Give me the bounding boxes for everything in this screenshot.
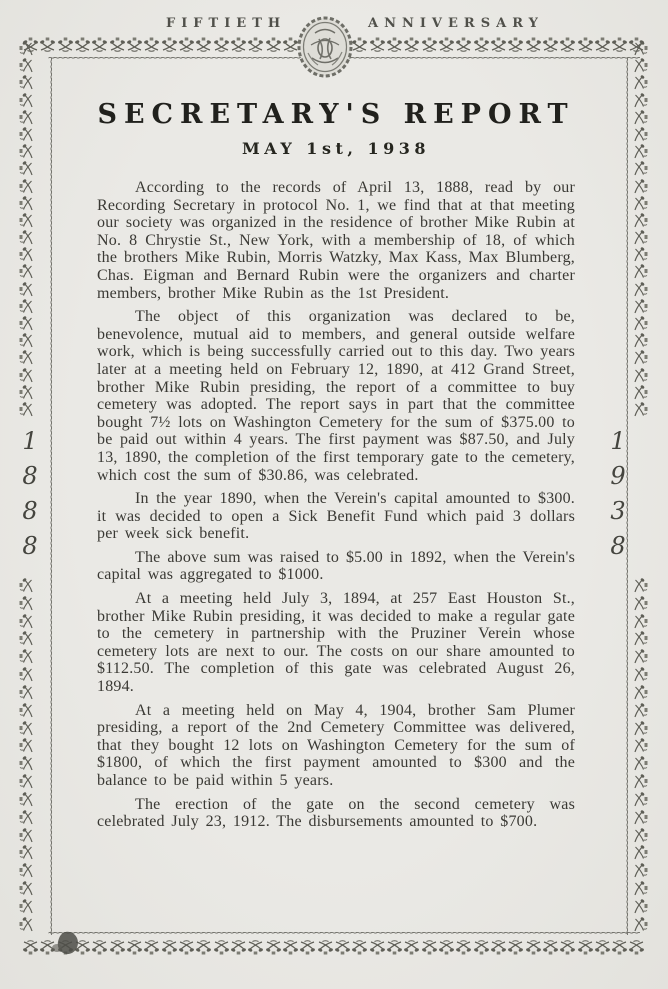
- sprig-ornament-icon: [19, 263, 35, 280]
- sprig-ornament-icon: [632, 720, 648, 737]
- floral-cross-ornament-icon: [369, 37, 386, 53]
- border-ornament: [631, 384, 648, 401]
- border-ornament: [19, 577, 36, 594]
- border-ornament: [19, 92, 36, 109]
- border-ornament: [473, 37, 490, 54]
- floral-cross-ornament-icon: [247, 37, 264, 53]
- sprig-ornament-icon: [632, 315, 648, 332]
- border-ornament: [19, 916, 36, 933]
- floral-cross-ornament-icon: [403, 939, 420, 955]
- floral-cross-ornament-icon: [369, 939, 386, 955]
- sprig-ornament-icon: [19, 332, 35, 349]
- left-margin-year-1888: 1 8 8 8: [16, 426, 44, 566]
- border-ornament: [178, 37, 195, 54]
- sprig-ornament-icon: [632, 827, 648, 844]
- border-ornament: [631, 160, 648, 177]
- floral-cross-ornament-icon: [265, 37, 282, 53]
- border-ornament: [631, 773, 648, 790]
- sprig-ornament-icon: [632, 702, 648, 719]
- border-ornament: [19, 160, 36, 177]
- border-ornament: [559, 938, 576, 955]
- border-ornament: [631, 595, 648, 612]
- border-ornament: [230, 37, 247, 54]
- border-ornament: [631, 684, 648, 701]
- border-ornament: [19, 702, 36, 719]
- floral-cross-ornament-icon: [473, 37, 490, 53]
- sprig-ornament-icon: [632, 178, 648, 195]
- floral-cross-ornament-icon: [22, 939, 39, 955]
- border-ornament: [577, 37, 594, 54]
- floral-cross-ornament-icon: [161, 939, 178, 955]
- sprig-ornament-icon: [19, 315, 35, 332]
- sprig-ornament-icon: [632, 367, 648, 384]
- border-ornament: [525, 938, 542, 955]
- sprig-ornament-icon: [632, 898, 648, 915]
- border-ornament: [19, 595, 36, 612]
- border-ornament: [369, 938, 386, 955]
- border-right-ornament-column: [631, 40, 648, 418]
- floral-cross-ornament-icon: [542, 939, 559, 955]
- sprig-ornament-icon: [19, 791, 35, 808]
- floral-cross-ornament-icon: [473, 939, 490, 955]
- paragraph-sick-benefit-fund: In the year 1890, when the Verein's capi…: [97, 490, 575, 543]
- border-ornament: [577, 938, 594, 955]
- floral-cross-ornament-icon: [542, 37, 559, 53]
- border-ornament: [161, 938, 178, 955]
- sprig-ornament-icon: [632, 212, 648, 229]
- border-ornament: [247, 938, 264, 955]
- border-ornament: [19, 384, 36, 401]
- border-ornament: [631, 126, 648, 143]
- sprig-ornament-icon: [19, 367, 35, 384]
- floral-cross-ornament-icon: [455, 37, 472, 53]
- border-ornament: [19, 791, 36, 808]
- sprig-ornament-icon: [19, 577, 35, 594]
- border-ornament: [631, 263, 648, 280]
- border-ornament: [542, 938, 559, 955]
- border-ornament: [19, 630, 36, 647]
- border-ornament: [542, 37, 559, 54]
- border-ornament: [213, 938, 230, 955]
- floral-cross-ornament-icon: [91, 37, 108, 53]
- border-bottom-ornament-row: [22, 938, 646, 955]
- sprig-ornament-icon: [19, 281, 35, 298]
- border-ornament: [631, 401, 648, 418]
- border-ornament: [628, 938, 645, 955]
- border-ornament: [438, 37, 455, 54]
- border-ornament: [19, 401, 36, 418]
- border-ornament: [490, 938, 507, 955]
- border-ornament: [421, 938, 438, 955]
- border-ornament: [631, 630, 648, 647]
- border-ornament: [265, 938, 282, 955]
- year-digit: 9: [604, 461, 632, 496]
- border-ornament: [386, 37, 403, 54]
- floral-cross-ornament-icon: [507, 939, 524, 955]
- sprig-ornament-icon: [632, 737, 648, 754]
- floral-cross-ornament-icon: [611, 37, 628, 53]
- right-margin-year-1938: 1 9 3 8: [604, 426, 632, 566]
- sprig-ornament-icon: [632, 666, 648, 683]
- border-ornament: [631, 178, 648, 195]
- sprig-ornament-icon: [19, 648, 35, 665]
- border-ornament: [594, 37, 611, 54]
- paragraph-benefit-raised: The above sum was raised to $5.00 in 189…: [97, 549, 575, 584]
- sprig-ornament-icon: [632, 791, 648, 808]
- floral-cross-ornament-icon: [195, 37, 212, 53]
- floral-cross-ornament-icon: [594, 939, 611, 955]
- report-page: FIFTIETH ANNIVERSARY ~~~~~~~~~~~~~~~~~~~…: [0, 0, 668, 989]
- sprig-ornament-icon: [632, 648, 648, 665]
- border-ornament: [22, 938, 39, 955]
- border-ornament: [19, 143, 36, 160]
- border-ornament: [631, 109, 648, 126]
- border-ornament: [19, 263, 36, 280]
- header-fiftieth-label: FIFTIETH: [166, 16, 286, 31]
- border-ornament: [631, 74, 648, 91]
- border-ornament: [631, 666, 648, 683]
- floral-cross-ornament-icon: [74, 37, 91, 53]
- sprig-ornament-icon: [19, 57, 35, 74]
- sprig-ornament-icon: [632, 246, 648, 263]
- year-digit: 8: [16, 496, 44, 531]
- sprig-ornament-icon: [19, 109, 35, 126]
- sprig-ornament-icon: [632, 109, 648, 126]
- border-ornament: [19, 666, 36, 683]
- border-ornament: [351, 938, 368, 955]
- border-ornament: [19, 720, 36, 737]
- border-ornament: [628, 37, 645, 54]
- floral-cross-ornament-icon: [334, 939, 351, 955]
- floral-cross-ornament-icon: [490, 37, 507, 53]
- border-ornament: [126, 37, 143, 54]
- sprig-ornament-icon: [19, 349, 35, 366]
- border-ornament: [525, 37, 542, 54]
- floral-cross-ornament-icon: [577, 939, 594, 955]
- paragraph-second-cemetery: At a meeting held on May 4, 1904, brothe…: [97, 702, 575, 790]
- border-ornament: [19, 178, 36, 195]
- border-ornament: [631, 648, 648, 665]
- floral-cross-ornament-icon: [195, 939, 212, 955]
- border-ornament: [195, 938, 212, 955]
- sprig-ornament-icon: [632, 630, 648, 647]
- border-ornament: [19, 109, 36, 126]
- border-ornament: [334, 938, 351, 955]
- sprig-ornament-icon: [19, 880, 35, 897]
- sprig-ornament-icon: [19, 666, 35, 683]
- border-ornament: [299, 938, 316, 955]
- floral-cross-ornament-icon: [247, 939, 264, 955]
- border-ornament: [631, 195, 648, 212]
- border-ornament: [19, 212, 36, 229]
- paragraph-regular-gate: At a meeting held July 3, 1894, at 257 E…: [97, 590, 575, 696]
- border-ornament: [22, 37, 39, 54]
- floral-cross-ornament-icon: [282, 939, 299, 955]
- sprig-ornament-icon: [19, 773, 35, 790]
- border-ornament: [19, 755, 36, 772]
- border-ornament: [631, 143, 648, 160]
- year-digit: 8: [604, 531, 632, 566]
- sprig-ornament-icon: [632, 613, 648, 630]
- sprig-ornament-icon: [632, 684, 648, 701]
- border-ornament: [631, 880, 648, 897]
- border-ornament: [195, 37, 212, 54]
- sprig-ornament-icon: [19, 160, 35, 177]
- border-ornament: [247, 37, 264, 54]
- floral-cross-ornament-icon: [178, 37, 195, 53]
- border-ornament: [19, 195, 36, 212]
- floral-cross-ornament-icon: [525, 939, 542, 955]
- sprig-ornament-icon: [19, 195, 35, 212]
- floral-cross-ornament-icon: [438, 939, 455, 955]
- border-ornament: [631, 702, 648, 719]
- floral-cross-ornament-icon: [230, 37, 247, 53]
- sprig-ornament-icon: [19, 809, 35, 826]
- border-ornament: [438, 938, 455, 955]
- floral-cross-ornament-icon: [490, 939, 507, 955]
- sprig-ornament-icon: [632, 401, 648, 418]
- title-block: SECRETARY'S REPORT MAY 1st, 1938: [95, 99, 577, 158]
- border-ornament: [594, 938, 611, 955]
- floral-cross-ornament-icon: [230, 939, 247, 955]
- sprig-ornament-icon: [19, 401, 35, 418]
- sprig-ornament-icon: [19, 246, 35, 263]
- sprig-ornament-icon: [19, 126, 35, 143]
- border-ornament: [631, 827, 648, 844]
- border-ornament: [490, 37, 507, 54]
- floral-cross-ornament-icon: [109, 939, 126, 955]
- border-left-ornament-column: [19, 577, 36, 933]
- border-ornament: [631, 281, 648, 298]
- floral-cross-ornament-icon: [438, 37, 455, 53]
- floral-cross-ornament-icon: [421, 939, 438, 955]
- floral-cross-ornament-icon: [213, 939, 230, 955]
- floral-cross-ornament-icon: [386, 37, 403, 53]
- year-digit: 3: [604, 496, 632, 531]
- sprig-ornament-icon: [632, 195, 648, 212]
- sprig-ornament-icon: [19, 212, 35, 229]
- sprig-ornament-icon: [19, 143, 35, 160]
- sprig-ornament-icon: [632, 332, 648, 349]
- sprig-ornament-icon: [19, 702, 35, 719]
- sprig-ornament-icon: [632, 74, 648, 91]
- sprig-ornament-icon: [632, 384, 648, 401]
- sprig-ornament-icon: [632, 263, 648, 280]
- border-ornament: [161, 37, 178, 54]
- paragraph-second-gate: The erection of the gate on the second c…: [97, 796, 575, 831]
- border-ornament: [19, 349, 36, 366]
- border-ornament: [631, 246, 648, 263]
- floral-cross-ornament-icon: [91, 939, 108, 955]
- sprig-ornament-icon: [19, 916, 35, 933]
- floral-cross-ornament-icon: [455, 939, 472, 955]
- border-ornament: [631, 844, 648, 861]
- floral-cross-ornament-icon: [628, 37, 645, 53]
- border-ornament: [19, 827, 36, 844]
- sprig-ornament-icon: [19, 737, 35, 754]
- border-ornament: [611, 938, 628, 955]
- border-ornament: [19, 862, 36, 879]
- sprig-ornament-icon: [632, 577, 648, 594]
- floral-cross-ornament-icon: [109, 37, 126, 53]
- border-ornament: [631, 229, 648, 246]
- year-digit: 8: [16, 531, 44, 566]
- border-ornament: [631, 862, 648, 879]
- floral-cross-ornament-icon: [559, 37, 576, 53]
- border-ornament: [317, 938, 334, 955]
- border-ornament: [559, 37, 576, 54]
- floral-cross-ornament-icon: [611, 939, 628, 955]
- floral-cross-ornament-icon: [126, 939, 143, 955]
- floral-cross-ornament-icon: [178, 939, 195, 955]
- floral-cross-ornament-icon: [628, 939, 645, 955]
- border-ornament: [631, 349, 648, 366]
- border-ornament: [455, 37, 472, 54]
- border-ornament: [19, 281, 36, 298]
- sprig-ornament-icon: [632, 229, 648, 246]
- border-ornament: [631, 737, 648, 754]
- border-ornament: [631, 809, 648, 826]
- border-ornament: [19, 898, 36, 915]
- sprig-ornament-icon: [632, 773, 648, 790]
- border-ornament: [109, 938, 126, 955]
- sprig-ornament-icon: [632, 844, 648, 861]
- border-ornament: [19, 246, 36, 263]
- border-ornament: [19, 648, 36, 665]
- sprig-ornament-icon: [19, 720, 35, 737]
- border-ornament: [631, 367, 648, 384]
- sprig-ornament-icon: [19, 827, 35, 844]
- sprig-ornament-icon: [632, 755, 648, 772]
- floral-cross-ornament-icon: [161, 37, 178, 53]
- border-ornament: [109, 37, 126, 54]
- sprig-ornament-icon: [632, 160, 648, 177]
- floral-cross-ornament-icon: [317, 939, 334, 955]
- floral-cross-ornament-icon: [265, 939, 282, 955]
- border-ornament: [611, 37, 628, 54]
- border-ornament: [143, 37, 160, 54]
- floral-cross-ornament-icon: [577, 37, 594, 53]
- report-date: MAY 1st, 1938: [95, 139, 577, 158]
- year-digit: 8: [16, 461, 44, 496]
- border-ornament: [19, 809, 36, 826]
- floral-cross-ornament-icon: [299, 939, 316, 955]
- border-ornament: [631, 212, 648, 229]
- border-ornament: [19, 298, 36, 315]
- sprig-ornament-icon: [19, 755, 35, 772]
- sprig-ornament-icon: [19, 298, 35, 315]
- border-ornament: [230, 938, 247, 955]
- floral-cross-ornament-icon: [403, 37, 420, 53]
- border-ornament: [631, 332, 648, 349]
- sprig-ornament-icon: [632, 298, 648, 315]
- sprig-ornament-icon: [19, 178, 35, 195]
- border-ornament: [421, 37, 438, 54]
- floral-cross-ornament-icon: [594, 37, 611, 53]
- sprig-ornament-icon: [632, 126, 648, 143]
- border-ornament: [57, 37, 74, 54]
- border-ornament: [507, 938, 524, 955]
- border-ornament: [631, 755, 648, 772]
- floral-cross-ornament-icon: [351, 939, 368, 955]
- floral-cross-ornament-icon: [126, 37, 143, 53]
- floral-cross-ornament-icon: [213, 37, 230, 53]
- sprig-ornament-icon: [19, 684, 35, 701]
- border-ornament: [403, 37, 420, 54]
- sprig-ornament-icon: [632, 349, 648, 366]
- floral-cross-ornament-icon: [143, 37, 160, 53]
- floral-cross-ornament-icon: [22, 37, 39, 53]
- anniversary-seal-icon: [296, 15, 354, 79]
- border-ornament: [19, 126, 36, 143]
- report-title: SECRETARY'S REPORT: [95, 99, 577, 130]
- border-ornament: [19, 773, 36, 790]
- border-ornament: [19, 844, 36, 861]
- sprig-ornament-icon: [632, 281, 648, 298]
- border-ornament: [178, 938, 195, 955]
- floral-cross-ornament-icon: [143, 939, 160, 955]
- border-ornament: [507, 37, 524, 54]
- border-ornament: [19, 684, 36, 701]
- border-ornament: [19, 880, 36, 897]
- border-ornament: [19, 315, 36, 332]
- border-ornament: [91, 938, 108, 955]
- border-ornament: [19, 229, 36, 246]
- border-ornament: [213, 37, 230, 54]
- sprig-ornament-icon: [19, 862, 35, 879]
- border-ornament: [386, 938, 403, 955]
- border-ornament: [631, 791, 648, 808]
- year-digit: 1: [604, 426, 632, 461]
- floral-cross-ornament-icon: [386, 939, 403, 955]
- sprig-ornament-icon: [19, 844, 35, 861]
- floral-cross-ornament-icon: [421, 37, 438, 53]
- sprig-ornament-icon: [19, 898, 35, 915]
- border-ornament: [282, 938, 299, 955]
- border-ornament: [631, 898, 648, 915]
- border-ornament: [631, 315, 648, 332]
- border-ornament: [19, 367, 36, 384]
- sprig-ornament-icon: [632, 809, 648, 826]
- paragraph-founding: According to the records of April 13, 18…: [97, 179, 575, 302]
- floral-cross-ornament-icon: [39, 37, 56, 53]
- floral-cross-ornament-icon: [507, 37, 524, 53]
- sprig-ornament-icon: [19, 630, 35, 647]
- border-ornament: [19, 74, 36, 91]
- sprig-ornament-icon: [632, 595, 648, 612]
- sprig-ornament-icon: [632, 92, 648, 109]
- sprig-ornament-icon: [19, 74, 35, 91]
- border-ornament: [39, 37, 56, 54]
- border-ornament: [369, 37, 386, 54]
- wavy-border-line-left: ~~~~~~~~~~~~~~~~~~~~~~~~~~~~~~~~~~~~~~~~…: [44, 57, 57, 935]
- border-ornament: [265, 37, 282, 54]
- border-ornament: [631, 577, 648, 594]
- border-ornament: [91, 37, 108, 54]
- sprig-ornament-icon: [19, 613, 35, 630]
- border-ornament: [126, 938, 143, 955]
- border-ornament: [74, 37, 91, 54]
- ink-smudge: [52, 944, 62, 952]
- border-ornament: [631, 613, 648, 630]
- border-ornament: [631, 720, 648, 737]
- border-ornament: [19, 613, 36, 630]
- border-ornament: [19, 57, 36, 74]
- sprig-ornament-icon: [19, 229, 35, 246]
- border-ornament: [403, 938, 420, 955]
- year-digit: 1: [16, 426, 44, 461]
- border-ornament: [631, 298, 648, 315]
